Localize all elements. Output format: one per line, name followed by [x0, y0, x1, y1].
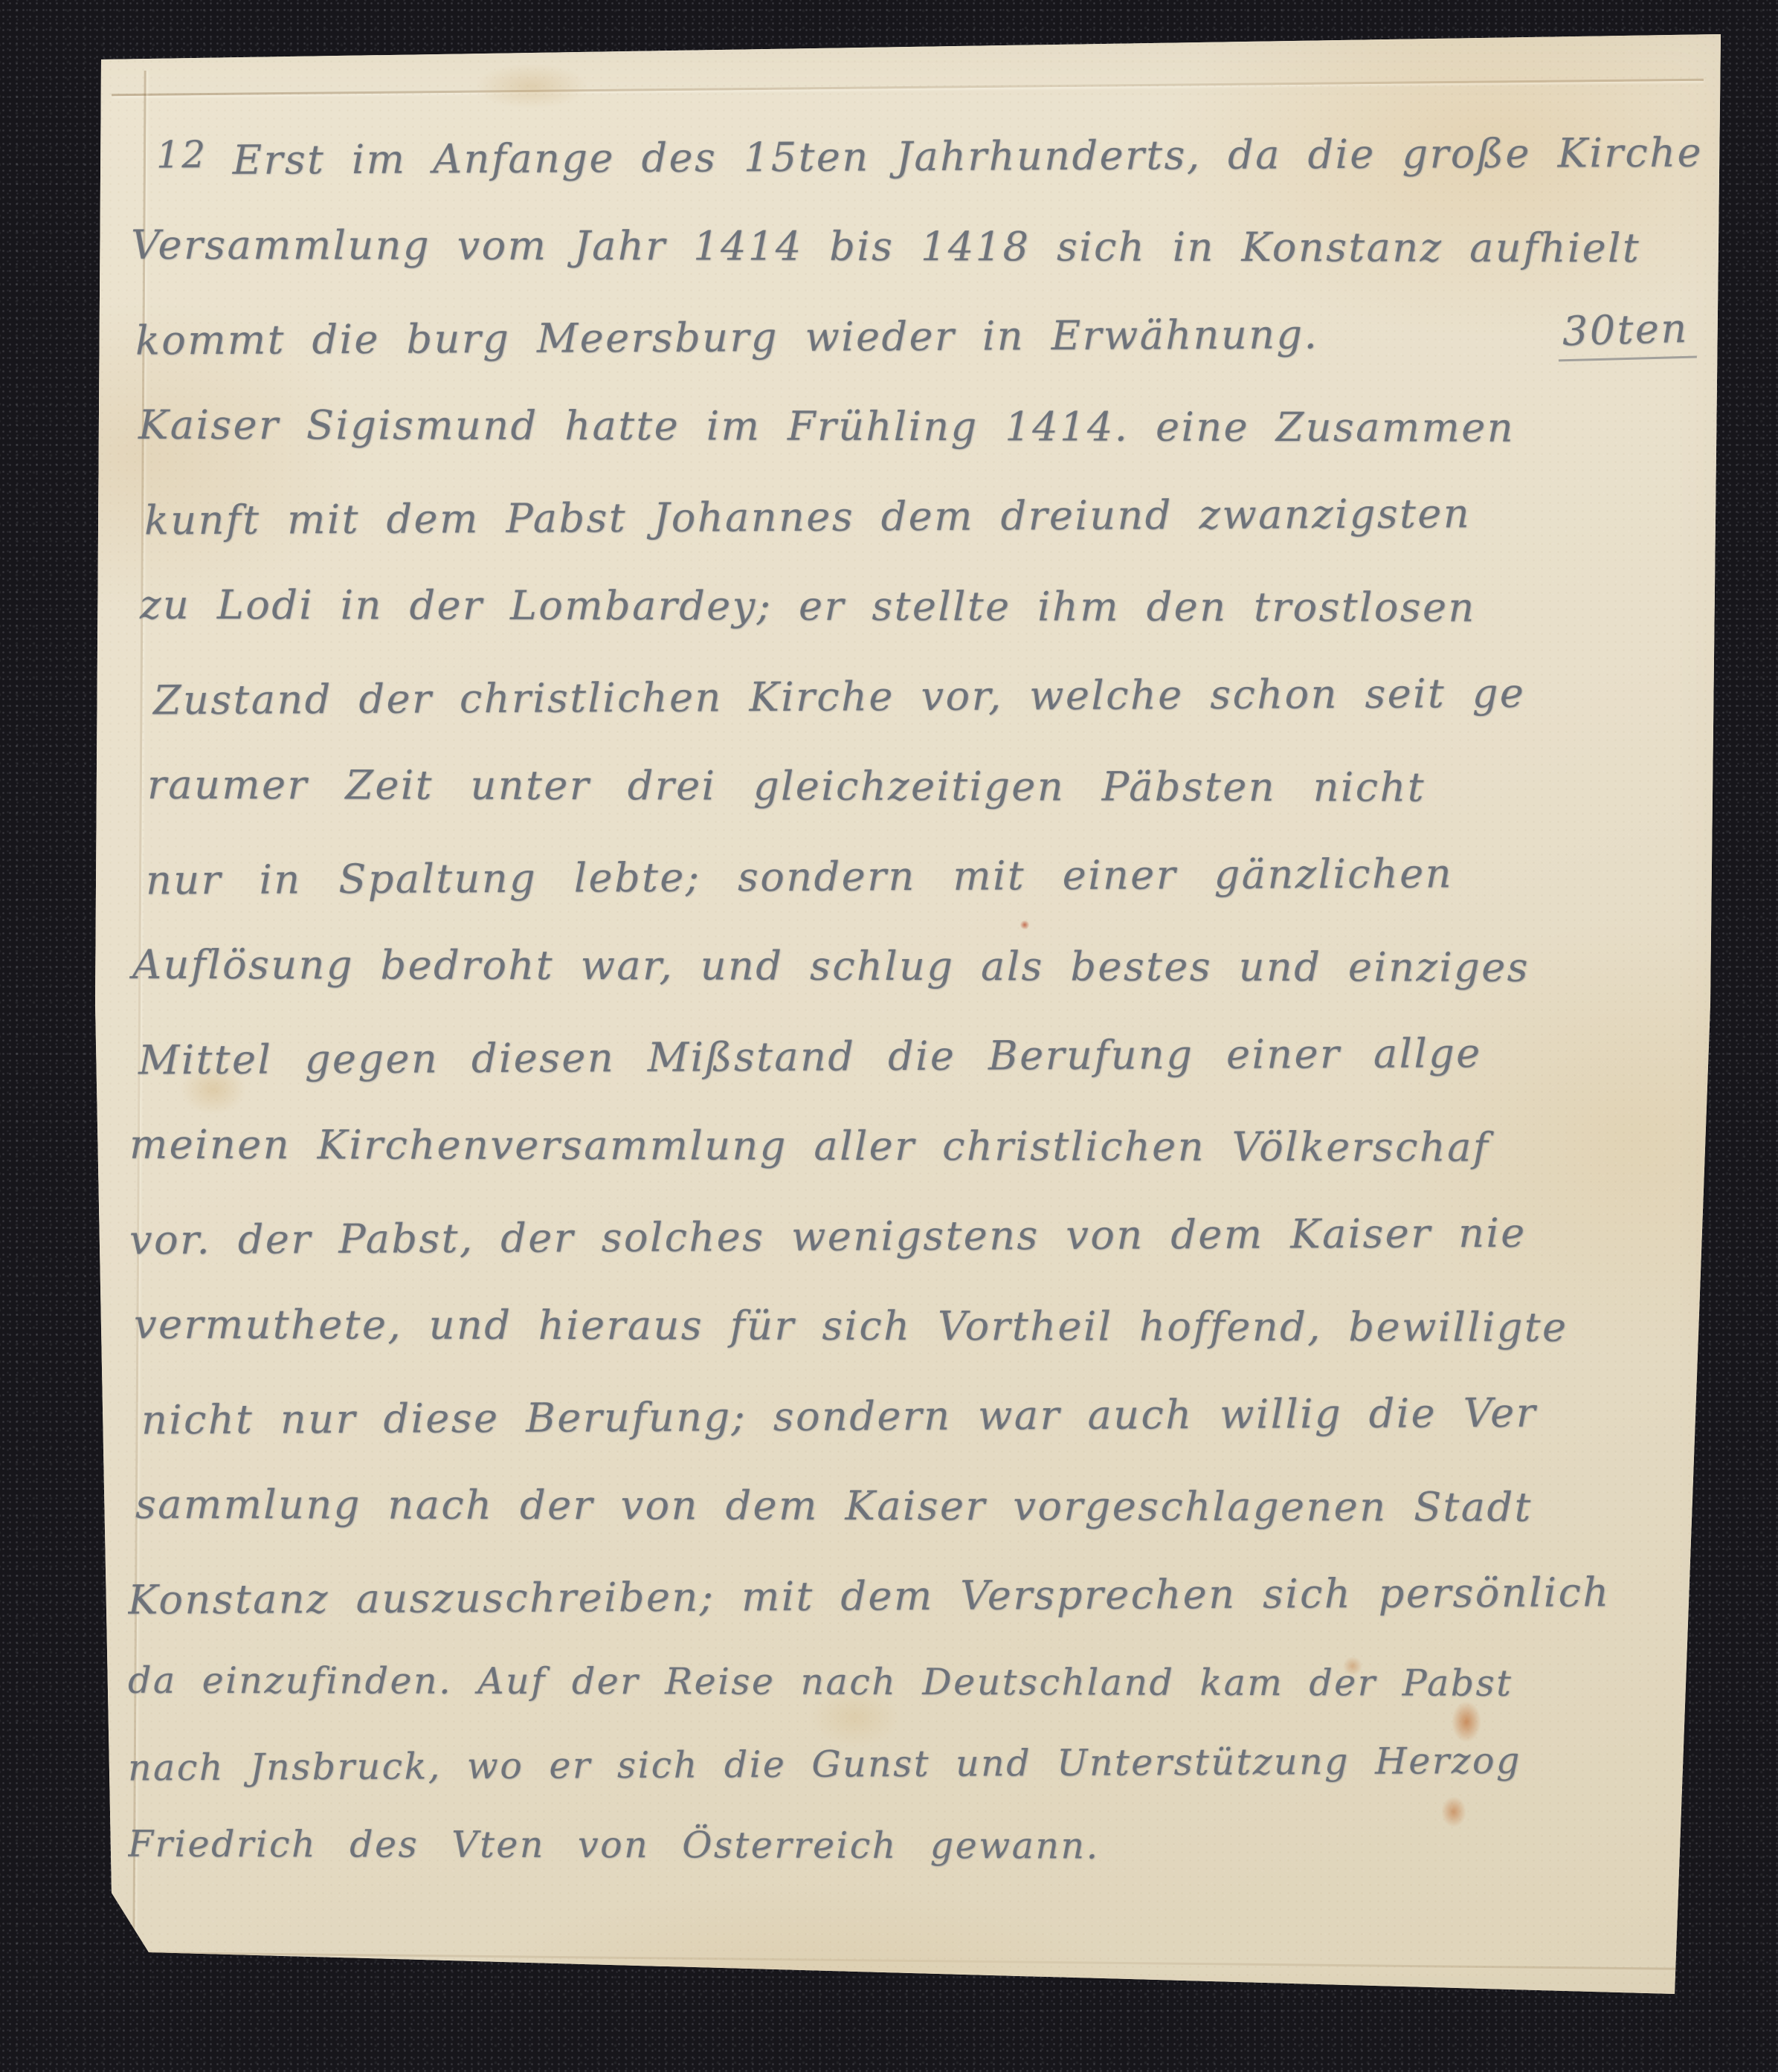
page-number: 12	[156, 132, 207, 175]
handwritten-line: vor. der Pabst, der solches wenigstens v…	[128, 1187, 1701, 1285]
line-text: meinen Kirchenversammlung aller christli…	[129, 1121, 1489, 1171]
handwritten-text: 12 Erst im Anfange des 15ten Jahrhundert…	[128, 112, 1701, 2027]
line-text: nicht nur diese Berufung; sondern war au…	[141, 1390, 1537, 1444]
scan-background-mat: 12 Erst im Anfange des 15ten Jahrhundert…	[0, 0, 1778, 2072]
handwritten-line: Friedrich des Vten von Österreich gewann…	[128, 1803, 1701, 1888]
line-text: Mittel gegen diesen Mißstand die Berufun…	[138, 1030, 1482, 1083]
handwritten-line: kunft mit dem Pabst Johannes dem dreiund…	[128, 467, 1701, 565]
line-text: nur in Spaltung lebte; sondern mit einer…	[146, 850, 1453, 903]
handwritten-line: nicht nur diese Berufung; sondern war au…	[128, 1366, 1701, 1465]
line-text: kunft mit dem Pabst Johannes dem dreiund…	[144, 490, 1471, 543]
line-text: sammlung nach der von dem Kaiser vorgesc…	[135, 1481, 1533, 1531]
line-text: Zustand der christlichen Kirche vor, wel…	[153, 670, 1526, 724]
handwritten-line: da einzufinden. Auf der Reise nach Deuts…	[128, 1639, 1701, 1724]
handwritten-line: Versammlung vom Jahr 1414 bis 1418 sich …	[128, 200, 1701, 293]
manuscript-page: 12 Erst im Anfange des 15ten Jahrhundert…	[0, 0, 1778, 2072]
line-text: Friedrich des Vten von Österreich gewann…	[128, 1822, 1100, 1867]
handwritten-line: vermuthete, und hieraus für sich Vorthei…	[128, 1279, 1701, 1372]
line-text: raumer Zeit unter drei gleichzeitigen Pä…	[147, 761, 1426, 811]
line-text: da einzufinden. Auf der Reise nach Deuts…	[128, 1659, 1513, 1704]
line-text: Versammlung vom Jahr 1414 bis 1418 sich …	[131, 222, 1640, 271]
handwritten-line: kommt die burg Meersburg wieder in Erwäh…	[128, 287, 1701, 385]
handwritten-line: raumer Zeit unter drei gleichzeitigen Pä…	[128, 740, 1701, 833]
paper-crease-top	[112, 79, 1704, 97]
line-text: nach Jnsbruck, wo er sich die Gunst und …	[128, 1739, 1521, 1789]
line-text: zu Lodi in der Lombardey; er stellte ihm…	[140, 581, 1476, 631]
handwritten-line: Auflösung bedroht war, und schlug als be…	[128, 920, 1701, 1013]
handwritten-line: Konstanz auszuschreiben; mit dem Verspre…	[128, 1546, 1701, 1645]
handwritten-line: nur in Spaltung lebte; sondern mit einer…	[128, 827, 1701, 925]
line-text: Kaiser Sigismund hatte im Frühling 1414.…	[138, 401, 1515, 451]
margin-note: 30ten	[1557, 304, 1696, 361]
line-text: vermuthete, und hieraus für sich Vorthei…	[134, 1301, 1568, 1351]
line-text: Erst im Anfange des 15ten Jahrhunderts, …	[232, 129, 1701, 184]
handwritten-line: nach Jnsbruck, wo er sich die Gunst und …	[128, 1718, 1701, 1808]
handwritten-line: Zustand der christlichen Kirche vor, wel…	[128, 647, 1701, 745]
line-text: kommt die burg Meersburg wieder in Erwäh…	[135, 311, 1318, 364]
line-text: Konstanz auszuschreiben; mit dem Verspre…	[128, 1569, 1611, 1623]
handwritten-line: 12 Erst im Anfange des 15ten Jahrhundert…	[128, 112, 1701, 206]
handwritten-line: sammlung nach der von dem Kaiser vorgesc…	[128, 1459, 1701, 1552]
handwritten-line: Mittel gegen diesen Mißstand die Berufun…	[128, 1007, 1701, 1105]
paper-foxing-spot	[476, 64, 587, 109]
line-text: vor. der Pabst, der solches wenigstens v…	[129, 1210, 1527, 1264]
handwritten-line: Kaiser Sigismund hatte im Frühling 1414.…	[128, 380, 1701, 473]
handwritten-line: meinen Kirchenversammlung aller christli…	[128, 1100, 1701, 1192]
handwritten-line: zu Lodi in der Lombardey; er stellte ihm…	[128, 560, 1701, 653]
line-text: Auflösung bedroht war, und schlug als be…	[132, 941, 1530, 991]
